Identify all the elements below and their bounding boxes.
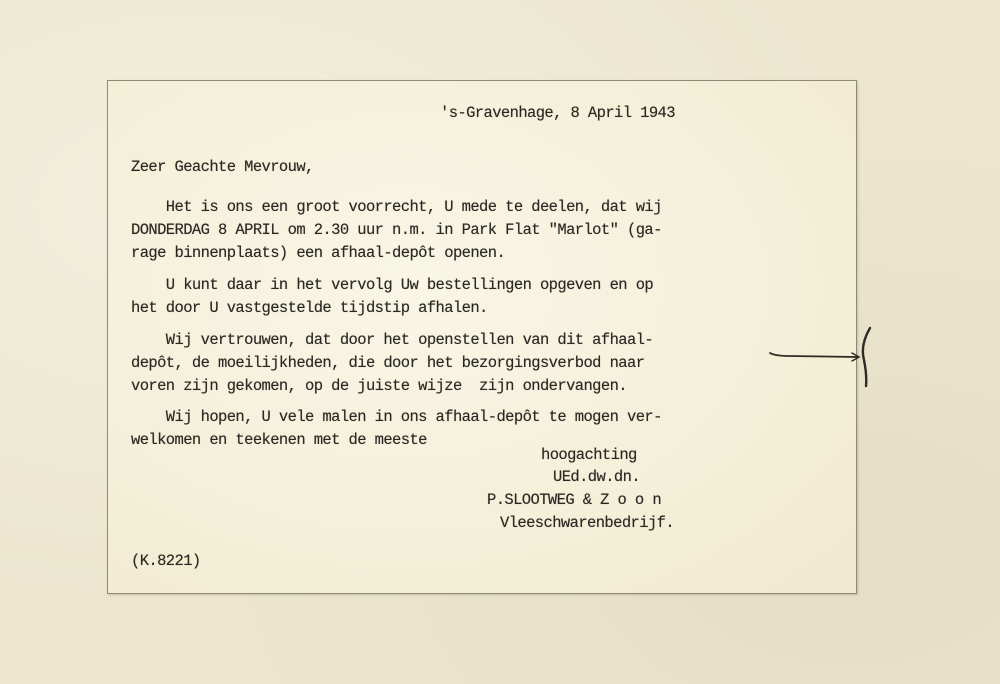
paragraph-1-line-2: DONDERDAG 8 APRIL om 2.30 uur n.m. in Pa… (131, 221, 662, 239)
paragraph-4-line-2: welkomen en teekenen met de meeste (131, 431, 427, 449)
closing-greeting: hoogachting (541, 446, 637, 464)
company-name: P.SLOOTWEG & Z o o n (487, 491, 661, 509)
paragraph-3-line-2: depôt, de moeilijkheden, die door het be… (131, 354, 644, 372)
paragraph-1-line-3: rage binnenplaats) een afhaal-depôt open… (131, 244, 505, 262)
paragraph-3-line-3: voren zijn gekomen, op de juiste wijze z… (131, 377, 627, 395)
paragraph-2-line-1: U kunt daar in het vervolg Uw bestelling… (131, 276, 653, 294)
reference-number: (K.8221) (131, 552, 201, 570)
closing-abbreviation: UEd.dw.dn. (553, 468, 640, 486)
paragraph-3-line-1: Wij vertrouwen, dat door het openstellen… (131, 331, 653, 349)
paragraph-1-line-1: Het is ons een groot voorrecht, U mede t… (131, 198, 662, 216)
salutation: Zeer Geachte Mevrouw, (131, 158, 314, 176)
business-type: Vleeschwarenbedrijf. (500, 514, 674, 532)
place-date: 's-Gravenhage, 8 April 1943 (440, 104, 675, 122)
paragraph-4-line-1: Wij hopen, U vele malen in ons afhaal-de… (131, 408, 662, 426)
album-page-background: 's-Gravenhage, 8 April 1943 Zeer Geachte… (0, 0, 1000, 684)
paragraph-2-line-2: het door U vastgestelde tijdstip afhalen… (131, 299, 488, 317)
